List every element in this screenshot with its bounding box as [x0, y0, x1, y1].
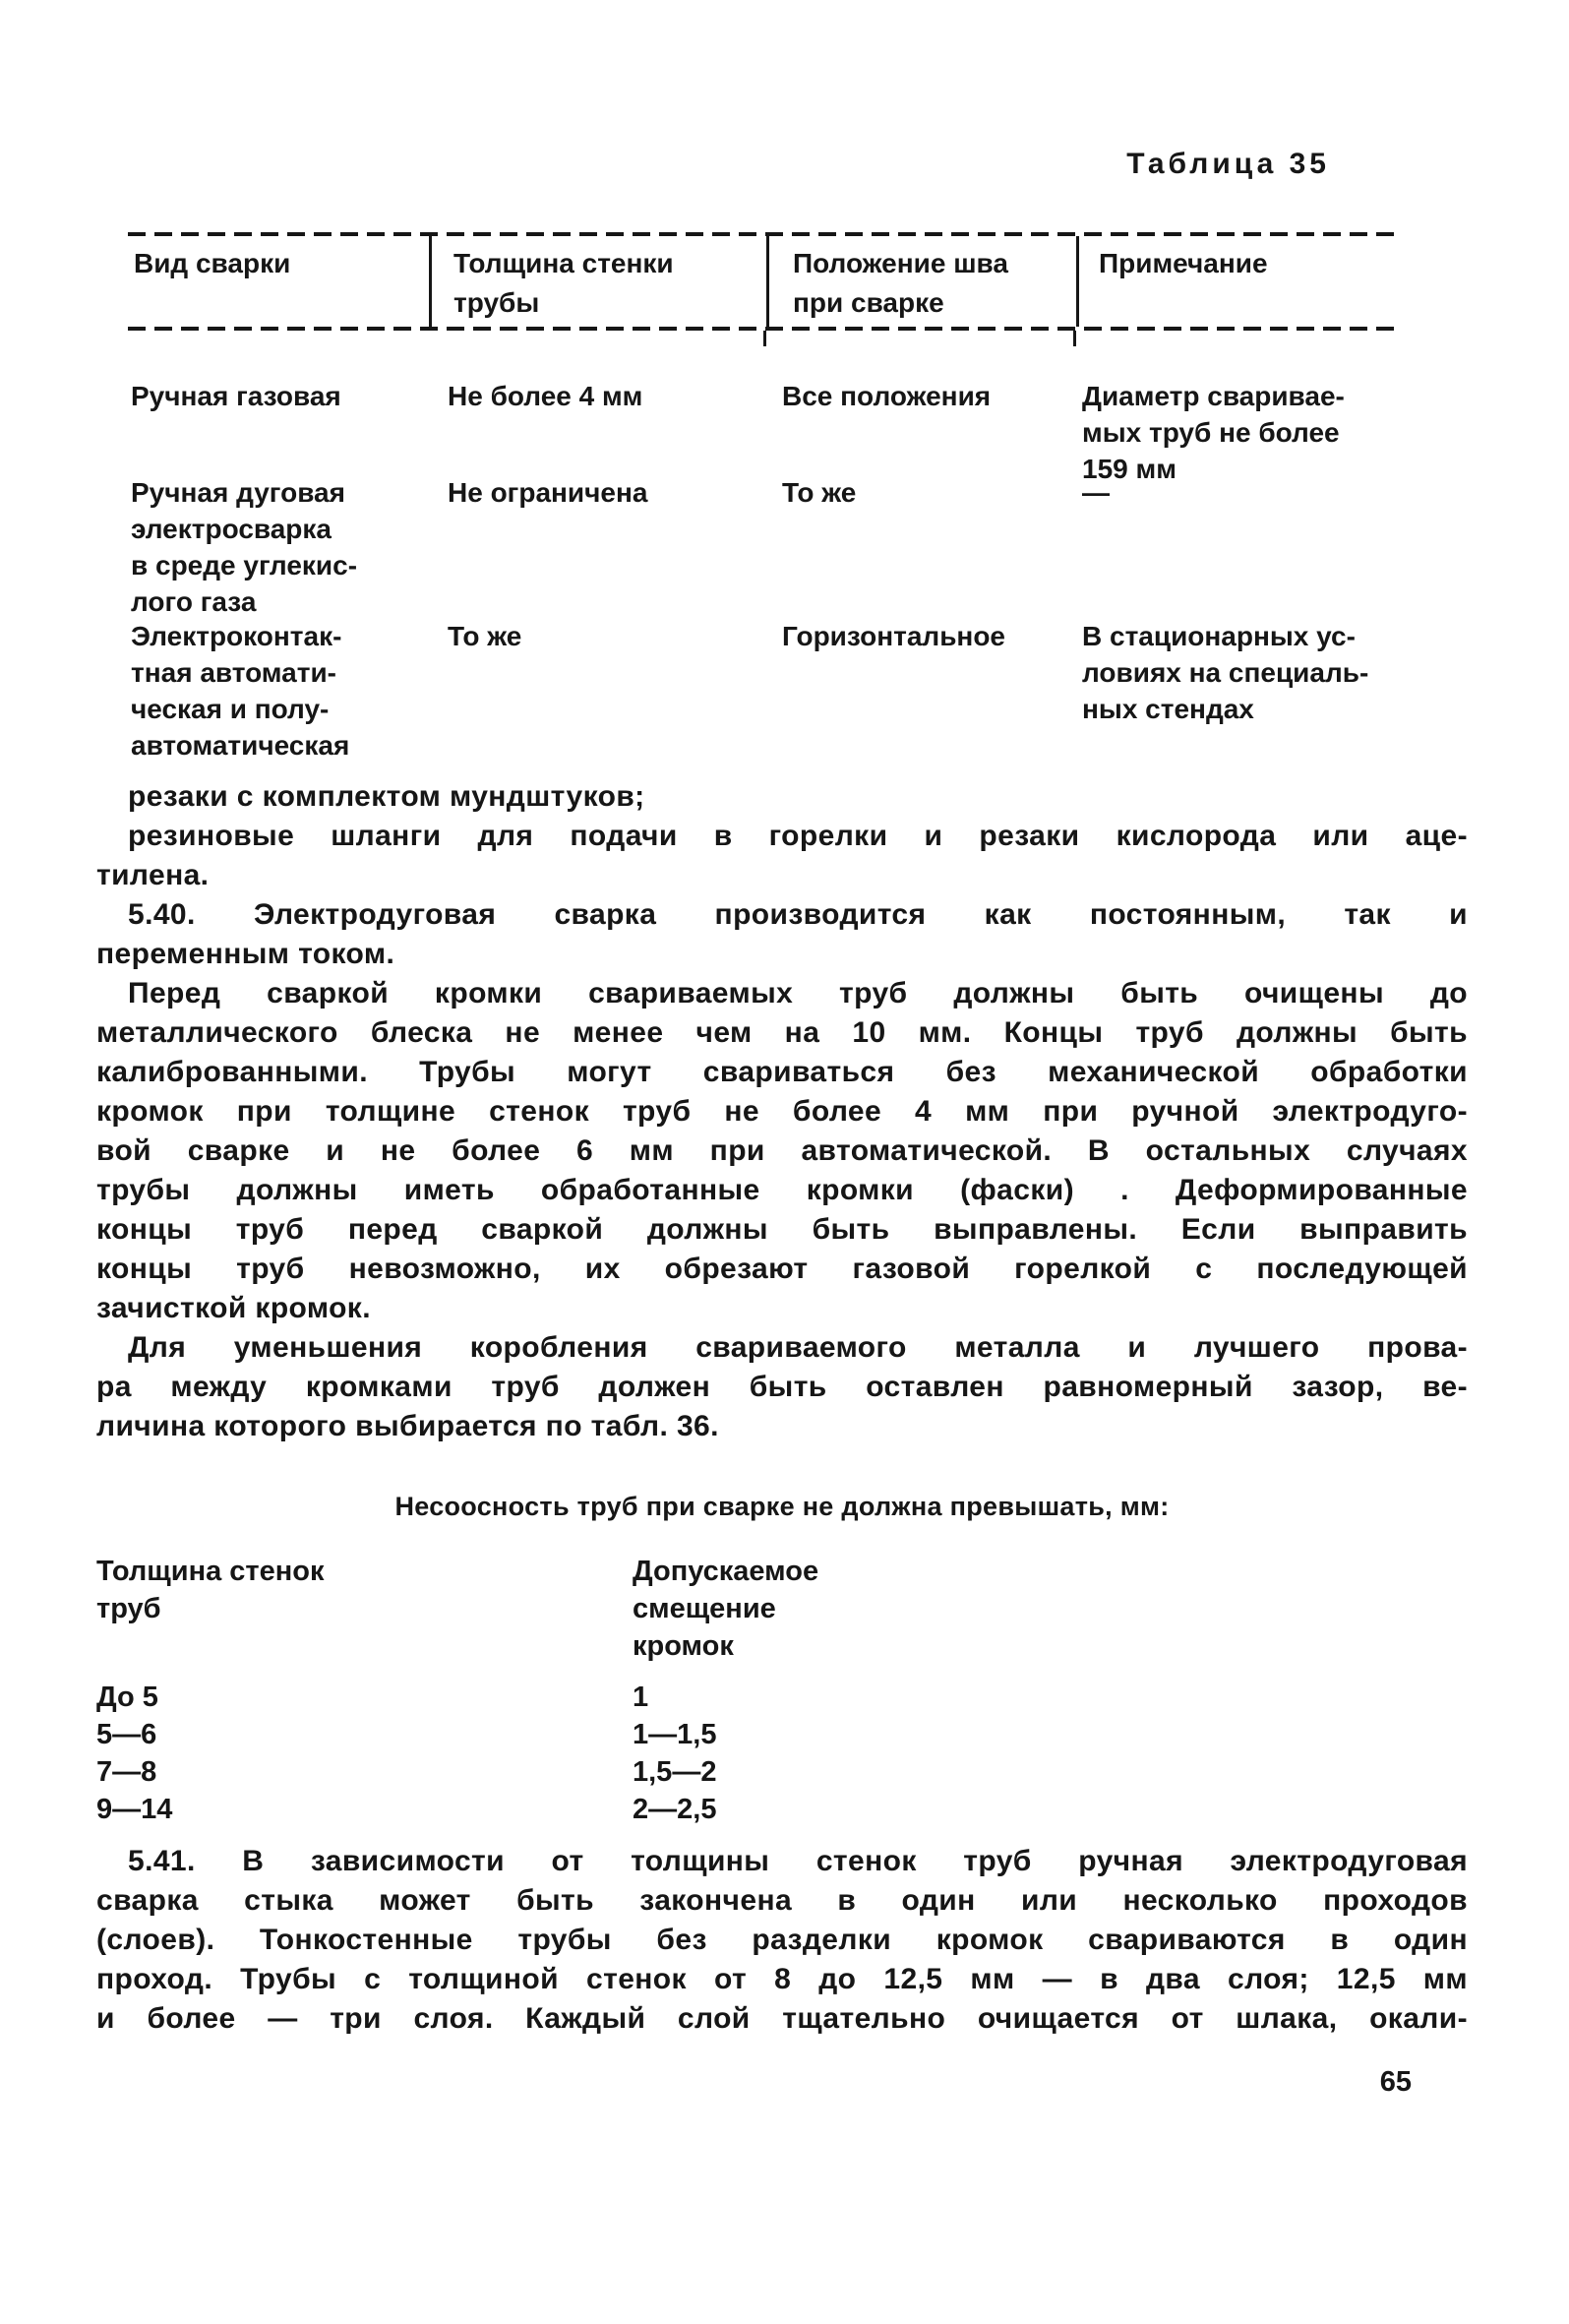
table-cell-thickness: То же: [448, 618, 762, 654]
column-header-note: Примечание: [1076, 236, 1402, 327]
text-line: проход. Трубы с толщиной стенок от 8 до …: [96, 1960, 1468, 1999]
table-row: До 51: [96, 1679, 1468, 1716]
text-line: резаки с комплектом мундштуков;: [96, 777, 1468, 817]
offset-value: 1: [633, 1682, 648, 1713]
text-line: 5.40. Электродуговая сварка производится…: [96, 895, 1468, 935]
text-line: зачисткой кромок.: [96, 1289, 1468, 1328]
table-cell-kind: Ручная дуговая электросварка в среде угл…: [131, 474, 431, 620]
column-header-position: Положение шва при сварке: [766, 236, 1076, 327]
text-line: (слоев). Тонкостенные трубы без разделки…: [96, 1921, 1468, 1960]
offset-col-allowed-header: Допускаемое смещение кромок: [633, 1553, 818, 1665]
welding-methods-table: Вид сварки Толщина стенки трубы Положени…: [128, 232, 1402, 793]
text-line: металлического блеска не менее чем на 10…: [96, 1013, 1468, 1053]
scanned-document-page: Таблица 35 Вид сварки Толщина стенки тру…: [0, 0, 1569, 2324]
text-line: тилена.: [96, 856, 1468, 895]
text-line: личина которого выбирается по табл. 36.: [96, 1407, 1468, 1446]
body-text: резаки с комплектом мундштуков; резиновы…: [96, 777, 1468, 1446]
thickness-value: 9—14: [96, 1791, 633, 1828]
offset-value: 1—1,5: [633, 1719, 716, 1750]
table-cell-note: —: [1082, 474, 1402, 511]
text-line: Перед сваркой кромки свариваемых труб до…: [96, 974, 1468, 1013]
column-header-thickness: Толщина стенки трубы: [429, 236, 766, 327]
text-line: 5.41. В зависимости от толщины стенок тр…: [96, 1842, 1468, 1881]
page-number: 65: [1380, 2066, 1412, 2099]
offset-col-thickness-header: Толщина стенок труб: [96, 1553, 633, 1665]
thickness-value: 5—6: [96, 1716, 633, 1753]
thickness-value: 7—8: [96, 1753, 633, 1791]
table-header-row: Вид сварки Толщина стенки трубы Положени…: [128, 236, 1402, 327]
offset-value: 2—2,5: [633, 1794, 716, 1825]
text-line: калиброванными. Трубы могут свариваться …: [96, 1053, 1468, 1092]
table-cell-kind: Электроконтак- тная автомати- ческая и п…: [131, 618, 431, 764]
offset-table: Толщина стенок труб Допускаемое смещение…: [96, 1553, 1468, 1828]
text-line: кромок при толщине стенок труб не более …: [96, 1092, 1468, 1131]
text-line: сварка стыка может быть закончена в один…: [96, 1881, 1468, 1921]
offset-table-header: Толщина стенок труб Допускаемое смещение…: [96, 1553, 1468, 1665]
offset-value: 1,5—2: [633, 1756, 716, 1788]
thickness-value: До 5: [96, 1679, 633, 1716]
text-line: переменным током.: [96, 935, 1468, 974]
text-line: резиновые шланги для подачи в горелки и …: [96, 817, 1468, 856]
text-line: вой сварке и не более 6 мм при автоматич…: [96, 1131, 1468, 1171]
table-cell-note: В стационарных ус- ловиях на специаль- н…: [1082, 618, 1402, 727]
table-row: 5—61—1,5: [96, 1716, 1468, 1753]
table-cell-position: Горизонтальное: [782, 618, 1077, 654]
table-cell-position: То же: [782, 474, 1077, 511]
table-cell-thickness: Не ограничена: [448, 474, 762, 511]
table-cell-position: Все положения: [782, 378, 1077, 414]
offset-table-rows: До 51 5—61—1,5 7—81,5—2 9—142—2,5: [96, 1679, 1468, 1828]
text-line: ра между кромками труб должен быть остав…: [96, 1368, 1468, 1407]
table-cell-note: Диаметр сваривае- мых труб не более 159 …: [1082, 378, 1402, 487]
text-line: концы труб невозможно, их обрезают газов…: [96, 1250, 1468, 1289]
text-line: трубы должны иметь обработанные кромки (…: [96, 1171, 1468, 1210]
table-caption: Таблица 35: [1126, 148, 1330, 181]
column-header-kind: Вид сварки: [128, 236, 429, 327]
table-cell-kind: Ручная газовая: [131, 378, 431, 414]
text-line: и более — три слоя. Каждый слой тщательн…: [96, 1999, 1468, 2039]
table-cell-thickness: Не более 4 мм: [448, 378, 762, 414]
paragraph-5-41: 5.41. В зависимости от толщины стенок тр…: [96, 1842, 1468, 2039]
table-body: Ручная газовая Не более 4 мм Все положен…: [128, 331, 1402, 793]
table-row: 9—142—2,5: [96, 1791, 1468, 1828]
text-line: Для уменьшения коробления свариваемого м…: [96, 1328, 1468, 1368]
text-line: концы труб перед сваркой должны быть вып…: [96, 1210, 1468, 1250]
table-row: 7—81,5—2: [96, 1753, 1468, 1791]
offset-table-heading: Несоосность труб при сварке не должна пр…: [96, 1492, 1468, 1522]
